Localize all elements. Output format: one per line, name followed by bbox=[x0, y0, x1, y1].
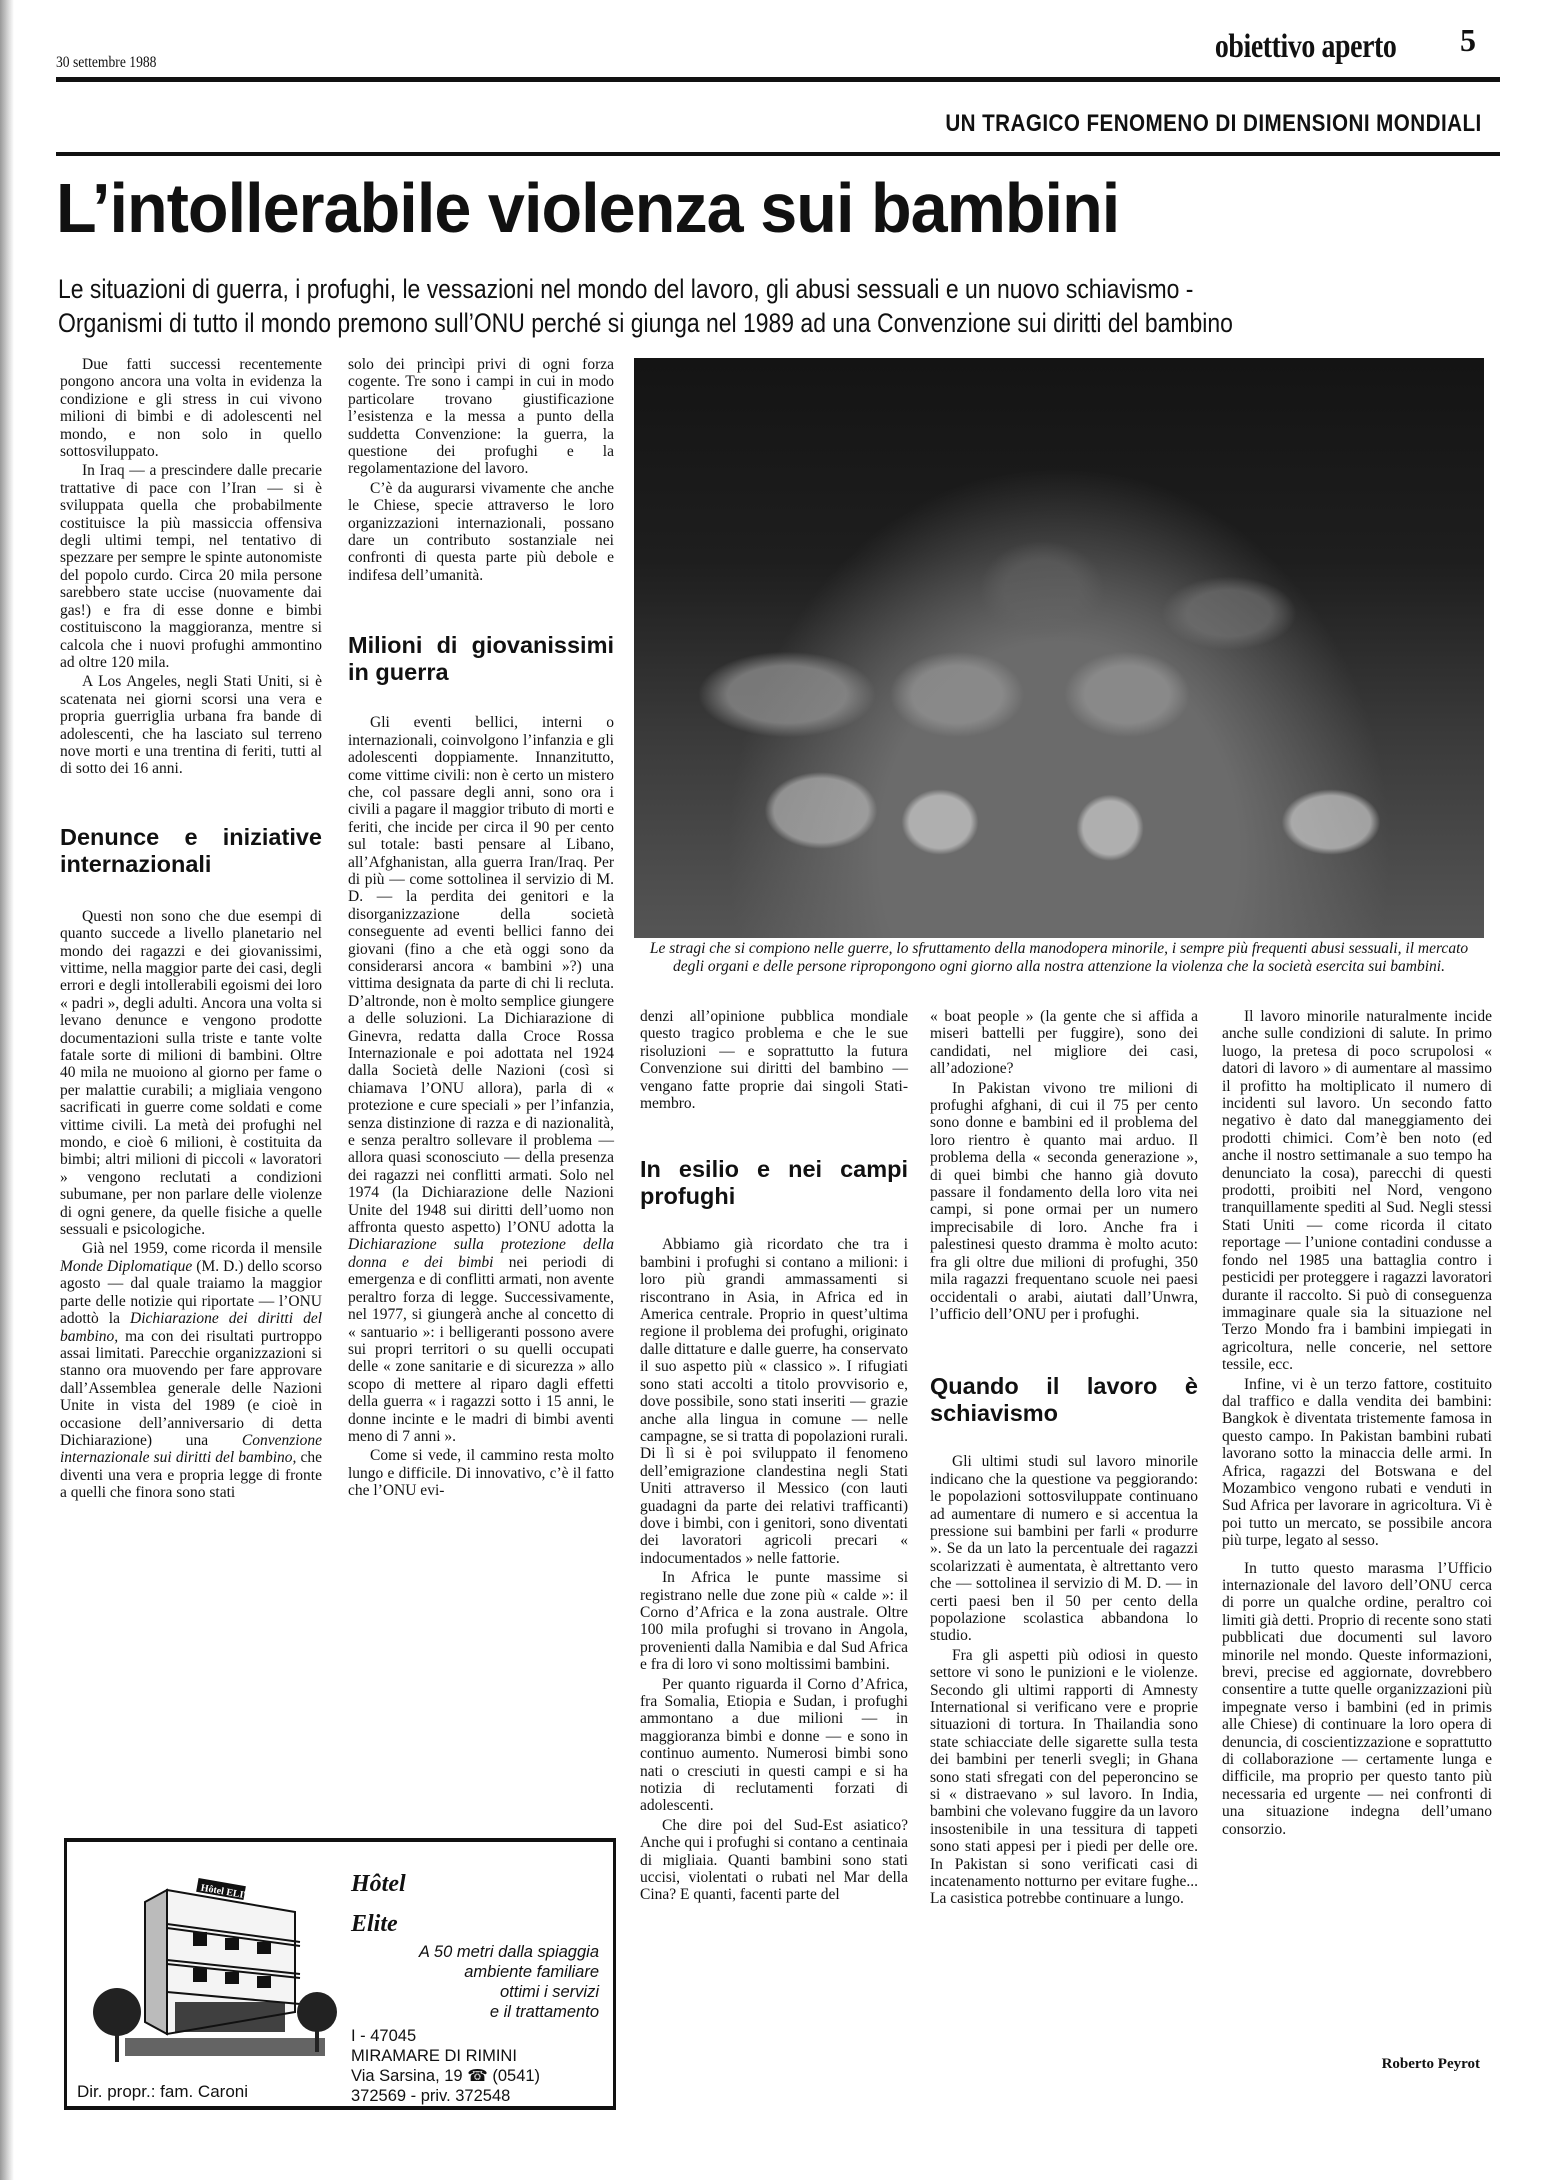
hotel-address: I - 47045 MIRAMARE DI RIMINI Via Sarsina… bbox=[351, 2026, 540, 2106]
postcode: I - 47045 bbox=[351, 2026, 540, 2046]
section-heading-esilio: In esilio e nei campi profughi bbox=[640, 1156, 908, 1210]
header-rule bbox=[56, 77, 1500, 82]
paragraph: Fra gli aspetti più odiosi in questo set… bbox=[930, 1647, 1198, 1908]
paragraph: Che dire poi del Sud-Est asiatico? Anche… bbox=[640, 1817, 908, 1904]
paragraph: Come si vede, il cammino resta molto lun… bbox=[348, 1447, 614, 1499]
column-5: Il lavoro minorile naturalmente incide a… bbox=[1222, 1008, 1492, 1838]
paragraph: Due fatti successi recentemente pongono … bbox=[60, 356, 322, 460]
paragraph: denzi all’opinione pubblica mondiale que… bbox=[640, 1008, 908, 1112]
article-kicker: UN TRAGICO FENOMENO DI DIMENSIONI MONDIA… bbox=[946, 110, 1482, 138]
paragraph: Il lavoro minorile naturalmente incide a… bbox=[1222, 1008, 1492, 1374]
column-1: Due fatti successi recentemente pongono … bbox=[60, 356, 322, 1502]
paragraph: A Los Angeles, negli Stati Uniti, si è s… bbox=[60, 673, 322, 777]
column-4: « boat people » (la gente che si affida … bbox=[930, 1008, 1198, 1908]
paragraph: In tutto questo marasma l’Ufficio intern… bbox=[1222, 1560, 1492, 1839]
section-masthead: obiettivo aperto bbox=[1214, 28, 1396, 66]
hotel-advertisement: Hôtel ELITE Dir. propr.: fam. Caroni Hôt… bbox=[64, 1838, 616, 2110]
hotel-owner: Dir. propr.: fam. Caroni bbox=[77, 2082, 248, 2102]
paragraph: Gli eventi bellici, interni o internazio… bbox=[348, 714, 614, 1445]
hotel-name: Hôtel Elite bbox=[351, 1864, 406, 1944]
section-heading-milioni: Milioni di giovanissimi in guerra bbox=[348, 632, 614, 686]
kicker-rule bbox=[56, 152, 1500, 156]
subhead-line: Le situazioni di guerra, i profughi, le … bbox=[58, 272, 1325, 306]
section-heading-denunce: Denunce e iniziative internazionali bbox=[60, 824, 322, 878]
paragraph: Già nel 1959, come ricorda il mensile Mo… bbox=[60, 1240, 322, 1501]
paragraph: Infine, vi è un terzo fattore, costituit… bbox=[1222, 1376, 1492, 1550]
paragraph: « boat people » (la gente che si affida … bbox=[930, 1008, 1198, 1078]
paragraph: solo dei princìpi privi di ogni forza co… bbox=[348, 356, 614, 478]
paragraph: Questi non sono che due esempi di quanto… bbox=[60, 908, 322, 1239]
author-byline: Roberto Peyrot bbox=[1382, 2056, 1480, 2073]
paragraph: Per quanto riguarda il Corno d’Africa, f… bbox=[640, 1676, 908, 1815]
phone-numbers: 372569 - priv. 372548 bbox=[351, 2086, 540, 2106]
hotel-building-illustration: Hôtel ELITE bbox=[85, 1862, 345, 2077]
section-heading-lavoro: Quando il lavoro è schiavismo bbox=[930, 1373, 1198, 1427]
paragraph: In Iraq — a prescindere dalle precarie t… bbox=[60, 462, 322, 671]
issue-date: 30 settembre 1988 bbox=[56, 54, 156, 72]
photo-caption: Le stragi che si compiono nelle guerre, … bbox=[634, 940, 1484, 975]
column-3: denzi all’opinione pubblica mondiale que… bbox=[640, 1008, 908, 1904]
scan-edge-shadow bbox=[0, 0, 14, 2180]
paragraph: Gli ultimi studi sul lavoro minorile ind… bbox=[930, 1453, 1198, 1644]
street-and-phone: Via Sarsina, 19 ☎ (0541) bbox=[351, 2066, 540, 2086]
page-number: 5 bbox=[1460, 22, 1476, 59]
telephone-icon: ☎ bbox=[467, 2067, 488, 2085]
town: MIRAMARE DI RIMINI bbox=[351, 2046, 540, 2066]
article-photo bbox=[634, 358, 1484, 938]
paragraph: Abbiamo già ricordato che tra i bambini … bbox=[640, 1236, 908, 1567]
paragraph: C’è da augurarsi vivamente che anche le … bbox=[348, 480, 614, 584]
hotel-tagline: A 50 metri dalla spiaggia ambiente famil… bbox=[351, 1942, 599, 2022]
publication-title: Monde Diplomatique bbox=[60, 1258, 192, 1275]
paragraph: In Africa le punte massime si registrano… bbox=[640, 1569, 908, 1673]
article-headline: L’intollerabile violenza sui bambini bbox=[56, 168, 1119, 248]
article-subhead: Le situazioni di guerra, i profughi, le … bbox=[58, 272, 1325, 340]
subhead-line: Organismi di tutto il mondo premono sull… bbox=[58, 306, 1325, 340]
paragraph: In Pakistan vivono tre milioni di profug… bbox=[930, 1080, 1198, 1324]
column-2: solo dei princìpi privi di ogni forza co… bbox=[348, 356, 614, 1500]
